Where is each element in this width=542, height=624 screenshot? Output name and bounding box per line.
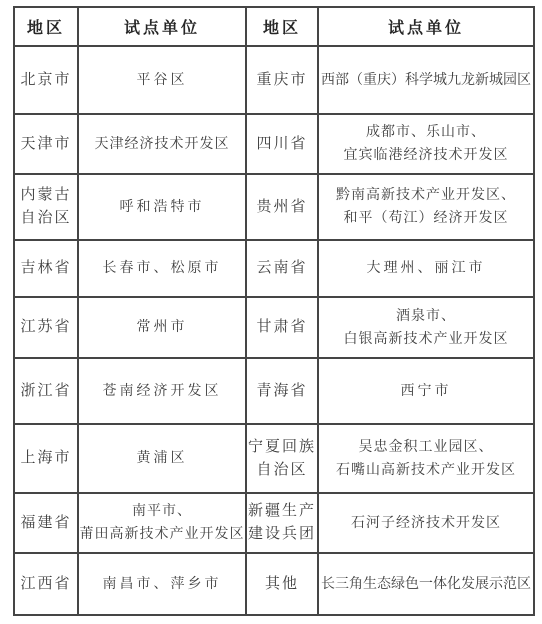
- unit-cell: 苍南经济开发区: [78, 358, 246, 424]
- unit-cell: 成都市、乐山市、 宜宾临港经济技术开发区: [318, 114, 534, 174]
- table-row: 江苏省 常州市 甘肃省 酒泉市、 白银高新技术产业开发区: [14, 297, 534, 358]
- unit-cell: 酒泉市、 白银高新技术产业开发区: [318, 297, 534, 358]
- region-cell: 江西省: [14, 553, 78, 615]
- unit-cell: 黔南高新技术产业开发区、 和平（苟江）经济开发区: [318, 174, 534, 240]
- region-cell: 贵州省: [246, 174, 318, 240]
- unit-cell: 西宁市: [318, 358, 534, 424]
- region-cell: 宁夏回族 自治区: [246, 424, 318, 493]
- region-cell: 重庆市: [246, 46, 318, 114]
- table-row: 吉林省 长春市、松原市 云南省 大理州、丽江市: [14, 240, 534, 297]
- unit-cell: 大理州、丽江市: [318, 240, 534, 297]
- region-cell: 上海市: [14, 424, 78, 493]
- region-cell: 内蒙古 自治区: [14, 174, 78, 240]
- header-unit-left: 试点单位: [78, 7, 246, 46]
- table-row: 天津市 天津经济技术开发区 四川省 成都市、乐山市、 宜宾临港经济技术开发区: [14, 114, 534, 174]
- region-cell: 吉林省: [14, 240, 78, 297]
- unit-cell: 长春市、松原市: [78, 240, 246, 297]
- region-cell: 江苏省: [14, 297, 78, 358]
- unit-cell: 西部（重庆）科学城九龙新城园区: [318, 46, 534, 114]
- region-cell: 浙江省: [14, 358, 78, 424]
- region-cell: 四川省: [246, 114, 318, 174]
- table-row: 浙江省 苍南经济开发区 青海省 西宁市: [14, 358, 534, 424]
- unit-cell: 黄浦区: [78, 424, 246, 493]
- unit-cell: 平谷区: [78, 46, 246, 114]
- header-unit-right: 试点单位: [318, 7, 534, 46]
- header-row: 地区 试点单位 地区 试点单位: [14, 7, 534, 46]
- unit-cell: 呼和浩特市: [78, 174, 246, 240]
- region-cell: 福建省: [14, 493, 78, 553]
- region-cell: 青海省: [246, 358, 318, 424]
- region-cell: 甘肃省: [246, 297, 318, 358]
- unit-cell: 吴忠金积工业园区、 石嘴山高新技术产业开发区: [318, 424, 534, 493]
- region-cell: 北京市: [14, 46, 78, 114]
- unit-cell: 天津经济技术开发区: [78, 114, 246, 174]
- unit-cell: 南平市、 莆田高新技术产业开发区: [78, 493, 246, 553]
- unit-cell: 长三角生态绿色一体化发展示范区: [318, 553, 534, 615]
- document-page: 地区 试点单位 地区 试点单位 北京市 平谷区 重庆市 西部（重庆）科学城九龙新…: [0, 0, 542, 624]
- region-cell: 新疆生产 建设兵团: [246, 493, 318, 553]
- pilot-units-table: 地区 试点单位 地区 试点单位 北京市 平谷区 重庆市 西部（重庆）科学城九龙新…: [13, 6, 535, 616]
- table-row: 江西省 南昌市、萍乡市 其他 长三角生态绿色一体化发展示范区: [14, 553, 534, 615]
- unit-cell: 南昌市、萍乡市: [78, 553, 246, 615]
- region-cell: 其他: [246, 553, 318, 615]
- table-row: 福建省 南平市、 莆田高新技术产业开发区 新疆生产 建设兵团 石河子经济技术开发…: [14, 493, 534, 553]
- table-row: 北京市 平谷区 重庆市 西部（重庆）科学城九龙新城园区: [14, 46, 534, 114]
- unit-cell: 常州市: [78, 297, 246, 358]
- table-row: 上海市 黄浦区 宁夏回族 自治区 吴忠金积工业园区、 石嘴山高新技术产业开发区: [14, 424, 534, 493]
- header-region-left: 地区: [14, 7, 78, 46]
- table-row: 内蒙古 自治区 呼和浩特市 贵州省 黔南高新技术产业开发区、 和平（苟江）经济开…: [14, 174, 534, 240]
- header-region-right: 地区: [246, 7, 318, 46]
- region-cell: 天津市: [14, 114, 78, 174]
- unit-cell: 石河子经济技术开发区: [318, 493, 534, 553]
- region-cell: 云南省: [246, 240, 318, 297]
